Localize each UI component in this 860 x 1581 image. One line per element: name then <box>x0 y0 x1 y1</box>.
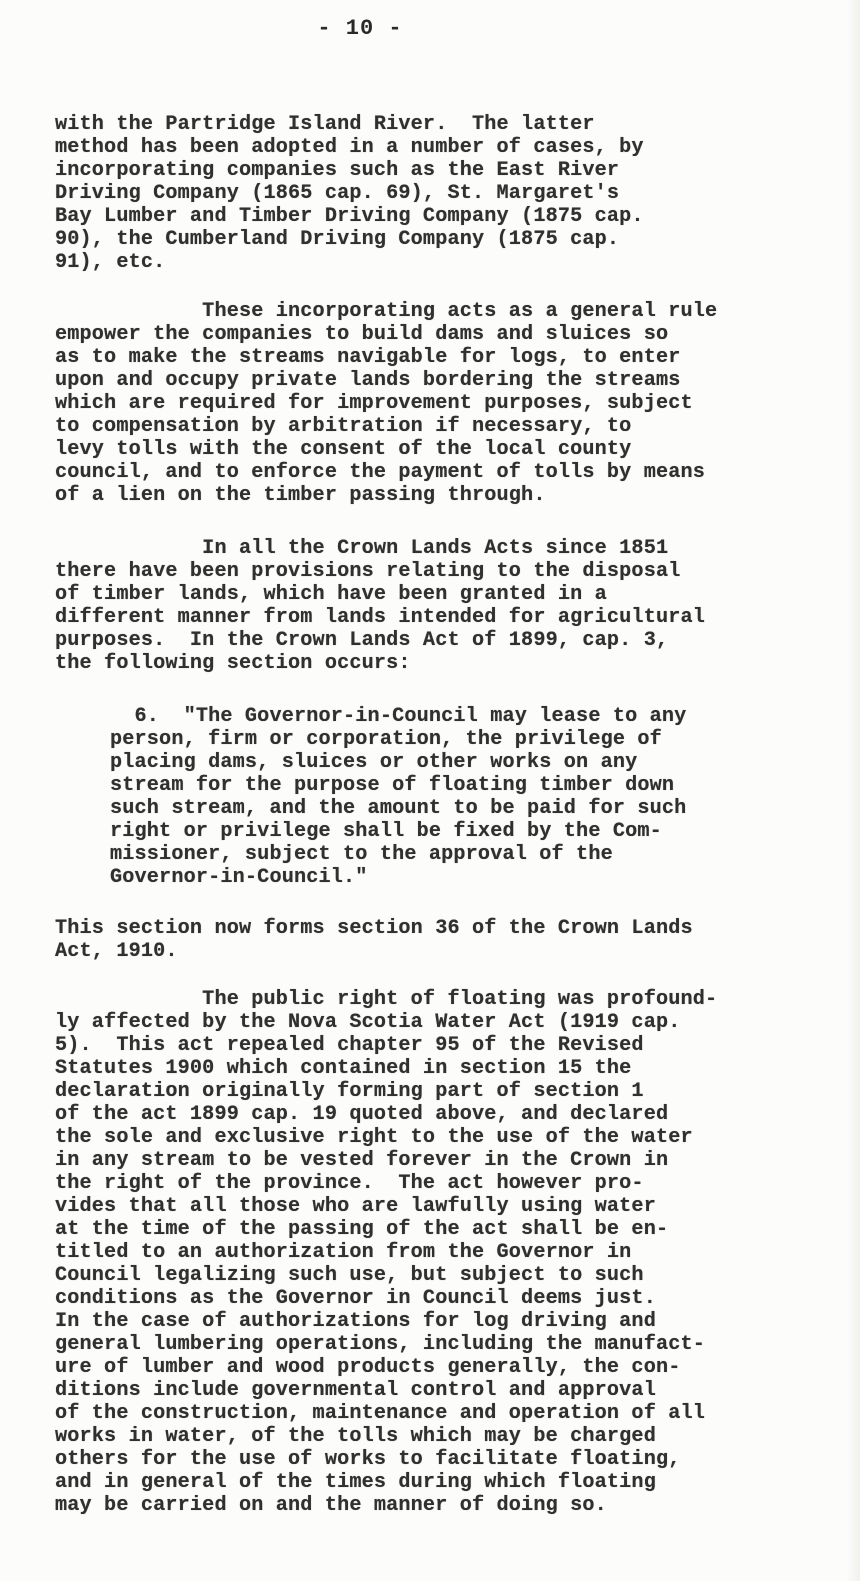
text-line: different manner from lands intended for… <box>55 606 705 629</box>
text-line: council, and to enforce the payment of t… <box>55 461 705 484</box>
text-line: 6. "The Governor-in-Council may lease to… <box>110 705 686 728</box>
text-line: right or privilege shall be fixed by the… <box>110 820 662 843</box>
text-line: the right of the province. The act howev… <box>55 1172 644 1195</box>
text-line: 90), the Cumberland Driving Company (187… <box>55 228 619 251</box>
text-line: ly affected by the Nova Scotia Water Act… <box>55 1011 681 1034</box>
text-line: the sole and exclusive right to the use … <box>55 1126 693 1149</box>
text-line: ditions include governmental control and… <box>55 1379 656 1402</box>
text-line: of the act 1899 cap. 19 quoted above, an… <box>55 1103 668 1126</box>
text-line: These incorporating acts as a general ru… <box>55 300 717 323</box>
text-line: may be carried on and the manner of doin… <box>55 1494 607 1517</box>
text-line: Council legalizing such use, but subject… <box>55 1264 644 1287</box>
text-line: purposes. In the Crown Lands Act of 1899… <box>55 629 668 652</box>
text-line: method has been adopted in a number of c… <box>55 136 644 159</box>
text-line: incorporating companies such as the East… <box>55 159 619 182</box>
text-line: declaration originally forming part of s… <box>55 1080 644 1103</box>
text-line: In the case of authorizations for log dr… <box>55 1310 656 1333</box>
text-line: missioner, subject to the approval of th… <box>110 843 613 866</box>
text-line: ure of lumber and wood products generall… <box>55 1356 681 1379</box>
text-line: general lumbering operations, including … <box>55 1333 705 1356</box>
text-line: In all the Crown Lands Acts since 1851 <box>55 537 668 560</box>
text-line: Driving Company (1865 cap. 69), St. Marg… <box>55 182 619 205</box>
text-line: 5). This act repealed chapter 95 of the … <box>55 1034 644 1057</box>
text-line: 91), etc. <box>55 251 165 274</box>
document-page: - 10 - with the Partridge Island River. … <box>0 0 860 1581</box>
text-line: the following section occurs: <box>55 652 411 675</box>
text-line: stream for the purpose of floating timbe… <box>110 774 674 797</box>
text-line: others for the use of works to facilitat… <box>55 1448 681 1471</box>
text-line: as to make the streams navigable for log… <box>55 346 681 369</box>
page-edge-shadow <box>846 0 860 1581</box>
text-line: such stream, and the amount to be paid f… <box>110 797 686 820</box>
text-line: vides that all those who are lawfully us… <box>55 1195 656 1218</box>
text-line: This section now forms section 36 of the… <box>55 917 693 940</box>
text-line: empower the companies to build dams and … <box>55 323 668 346</box>
text-line: which are required for improvement purpo… <box>55 392 693 415</box>
text-line: and in general of the times during which… <box>55 1471 656 1494</box>
text-line: The public right of floating was profoun… <box>55 988 717 1011</box>
text-line: with the Partridge Island River. The lat… <box>55 113 595 136</box>
text-line: in any stream to be vested forever in th… <box>55 1149 668 1172</box>
text-line: works in water, of the tolls which may b… <box>55 1425 656 1448</box>
text-line: there have been provisions relating to t… <box>55 560 681 583</box>
text-line: Statutes 1900 which contained in section… <box>55 1057 631 1080</box>
text-line: conditions as the Governor in Council de… <box>55 1287 656 1310</box>
text-line: Act, 1910. <box>55 940 178 963</box>
text-line: person, firm or corporation, the privile… <box>110 728 662 751</box>
text-line: of the construction, maintenance and ope… <box>55 1402 705 1425</box>
text-line: Bay Lumber and Timber Driving Company (1… <box>55 205 644 228</box>
text-line: levy tolls with the consent of the local… <box>55 438 631 461</box>
page-number: - 10 - <box>0 16 720 41</box>
text-line: of a lien on the timber passing through. <box>55 484 546 507</box>
text-line: of timber lands, which have been granted… <box>55 583 607 606</box>
text-line: placing dams, sluices or other works on … <box>110 751 637 774</box>
text-line: to compensation by arbitration if necess… <box>55 415 631 438</box>
text-line: Governor-in-Council." <box>110 866 368 889</box>
text-line: at the time of the passing of the act sh… <box>55 1218 668 1241</box>
text-line: upon and occupy private lands bordering … <box>55 369 681 392</box>
text-line: titled to an authorization from the Gove… <box>55 1241 631 1264</box>
